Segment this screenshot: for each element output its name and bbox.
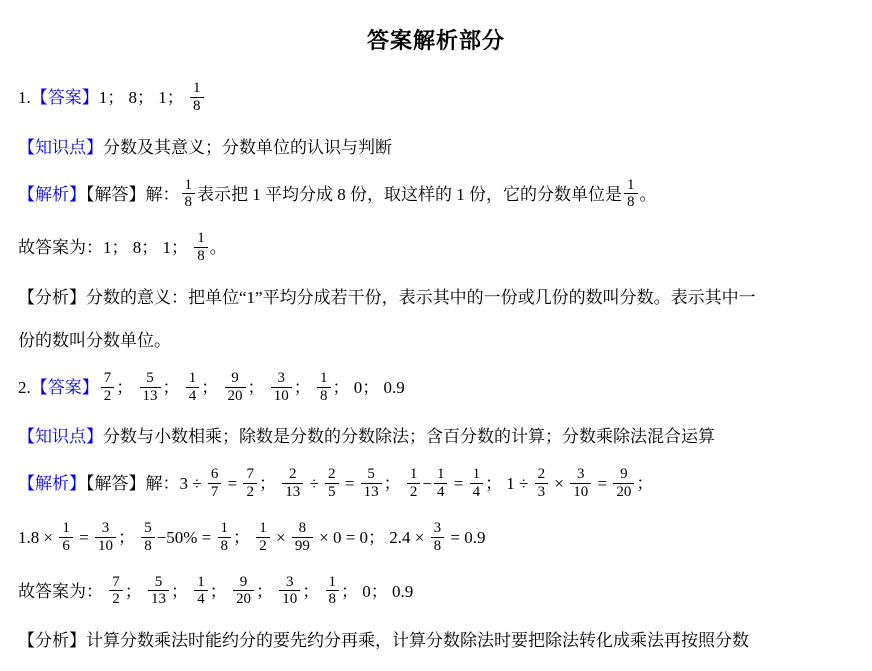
- bracket-tag: 【分析】: [18, 288, 86, 307]
- fraction-numerator: 8: [296, 520, 310, 537]
- fraction-denominator: 8: [326, 590, 340, 608]
- fraction-numerator: 1: [407, 466, 421, 483]
- fraction-denominator: 13: [282, 483, 303, 501]
- fraction-numerator: 1: [624, 177, 638, 194]
- text-segment: ；: [259, 475, 280, 494]
- so-answer-1-line: 故答案为：1； 8； 1； 18。: [18, 232, 854, 267]
- text-segment: 解：: [146, 185, 180, 204]
- fraction-denominator: 8: [190, 97, 204, 115]
- fraction-denominator: 4: [470, 483, 484, 501]
- fraction: 513: [148, 574, 169, 609]
- fraction: 25: [325, 466, 339, 501]
- text-segment: ； 1 ÷: [485, 475, 533, 494]
- bracket-tag: 【答案】: [31, 88, 99, 107]
- text-segment: 1.8 ×: [18, 528, 57, 547]
- text-segment: ；: [163, 378, 184, 397]
- fraction: 310: [570, 466, 591, 501]
- text-segment: 分数及其意义；分数单位的认识与判断: [103, 138, 392, 157]
- fraction-numerator: 1: [434, 466, 448, 483]
- fraction-denominator: 8: [141, 537, 155, 555]
- fraction: 67: [208, 466, 222, 501]
- fraction: 58: [141, 520, 155, 555]
- fraction-denominator: 20: [225, 387, 246, 405]
- text-segment: =: [449, 475, 467, 494]
- text-segment: ；: [636, 475, 653, 494]
- fraction: 12: [407, 466, 421, 501]
- text-segment: ；: [384, 475, 405, 494]
- fraction-denominator: 13: [361, 483, 382, 501]
- text-segment: 1； 8； 1；: [99, 88, 188, 107]
- text-segment: ；: [256, 582, 277, 601]
- fraction-numerator: 5: [143, 370, 157, 387]
- fraction: 18: [317, 370, 331, 405]
- text-segment: ；: [302, 582, 323, 601]
- fraction-numerator: 9: [617, 466, 631, 483]
- text-segment: = 0.9: [446, 528, 485, 547]
- fraction-numerator: 3: [275, 370, 289, 387]
- answer-2-line: 2.【答案】72； 513； 14； 920； 310； 18； 0； 0.9: [18, 372, 854, 407]
- text-segment: ×: [550, 475, 568, 494]
- fraction-denominator: 4: [186, 387, 200, 405]
- fraction: 920: [233, 574, 254, 609]
- text-segment: ； 0； 0.9: [341, 582, 413, 601]
- page-title: 答案解析部分: [18, 26, 854, 56]
- fraction-denominator: 13: [148, 590, 169, 608]
- fraction-denominator: 10: [271, 387, 292, 405]
- text-segment: ；: [171, 582, 192, 601]
- analysis-2-line: 【分析】计算分数乘法时能约分的要先约分再乘，计算分数除法时要把除法转化成乘法再按…: [18, 629, 854, 653]
- explanation-2-line-a: 【解析】【解答】解：3 ÷ 67 = 72； 213 ÷ 25 = 513； 1…: [18, 468, 854, 503]
- fraction-denominator: 6: [59, 537, 73, 555]
- analysis-1-line-b: 份的数叫分数单位。: [18, 329, 854, 353]
- fraction-numerator: 1: [256, 520, 270, 537]
- fraction-numerator: 1: [317, 370, 331, 387]
- text-segment: ；: [116, 378, 137, 397]
- text-segment: 分数与小数相乘；除数是分数的分数除法；含百分数的计算；分数乘除法混合运算: [103, 427, 715, 446]
- text-segment: × 0 = 0； 2.4 ×: [315, 528, 429, 547]
- fraction-numerator: 9: [237, 574, 251, 591]
- fraction-numerator: 1: [190, 80, 204, 97]
- bracket-tag: 【知识点】: [18, 427, 103, 446]
- text-segment: ；: [201, 378, 222, 397]
- text-segment: 1.: [18, 88, 31, 107]
- text-segment: ；: [233, 528, 254, 547]
- text-segment: ；: [294, 378, 315, 397]
- text-segment: −50% =: [157, 528, 216, 547]
- fraction-denominator: 8: [317, 387, 331, 405]
- text-segment: 表示把 1 平均分成 8 份，取这样的 1 份，它的分数单位是: [197, 185, 622, 204]
- fraction: 513: [361, 466, 382, 501]
- fraction-denominator: 20: [233, 590, 254, 608]
- fraction: 72: [109, 574, 123, 609]
- fraction-numerator: 1: [218, 520, 232, 537]
- fraction: 310: [279, 574, 300, 609]
- fraction-numerator: 1: [182, 177, 196, 194]
- fraction-numerator: 1: [470, 466, 484, 483]
- fraction: 18: [194, 230, 208, 265]
- text-segment: 分数的意义：把单位“1”平均分成若干份，表示其中的一份或几份的数叫分数。表示其中…: [86, 288, 756, 307]
- fraction-numerator: 7: [101, 370, 115, 387]
- fraction-denominator: 10: [279, 590, 300, 608]
- text-segment: 计算分数乘法时能约分的要先约分再乘，计算分数除法时要把除法转化成乘法再按照分数: [86, 631, 749, 650]
- document-content: 1.【答案】1； 8； 1； 18【知识点】分数及其意义；分数单位的认识与判断【…: [18, 82, 854, 653]
- fraction-numerator: 7: [109, 574, 123, 591]
- text-segment: ；: [118, 528, 139, 547]
- fraction-denominator: 2: [109, 590, 123, 608]
- fraction: 513: [140, 370, 161, 405]
- text-segment: ×: [272, 528, 290, 547]
- so-answer-2-line: 故答案为： 72； 513； 14； 920； 310； 18； 0； 0.9: [18, 576, 854, 611]
- text-segment: ；: [210, 582, 231, 601]
- fraction-numerator: 5: [364, 466, 378, 483]
- fraction-numerator: 1: [194, 574, 208, 591]
- fraction-denominator: 8: [194, 247, 208, 265]
- fraction-numerator: 1: [326, 574, 340, 591]
- fraction-numerator: 7: [243, 466, 257, 483]
- bracket-tag: 【答案】: [31, 378, 99, 397]
- bracket-tag: 【知识点】: [18, 138, 103, 157]
- text-segment: =: [75, 528, 93, 547]
- fraction-denominator: 7: [208, 483, 222, 501]
- fraction-numerator: 5: [141, 520, 155, 537]
- fraction-numerator: 9: [228, 370, 242, 387]
- fraction: 72: [101, 370, 115, 405]
- explanation-1-line: 【解析】【解答】解：18表示把 1 平均分成 8 份，取这样的 1 份，它的分数…: [18, 179, 854, 214]
- fraction: 12: [256, 520, 270, 555]
- text-segment: ÷: [305, 475, 323, 494]
- fraction-denominator: 2: [243, 483, 257, 501]
- fraction-numerator: 1: [194, 230, 208, 247]
- fraction-numerator: 3: [283, 574, 297, 591]
- fraction: 310: [271, 370, 292, 405]
- fraction-denominator: 99: [292, 537, 313, 555]
- fraction: 310: [95, 520, 116, 555]
- text-segment: ；: [125, 582, 146, 601]
- fraction: 899: [292, 520, 313, 555]
- text-segment: 2.: [18, 378, 31, 397]
- fraction-denominator: 10: [95, 537, 116, 555]
- fraction-denominator: 8: [624, 193, 638, 211]
- fraction: 23: [535, 466, 549, 501]
- fraction-denominator: 8: [182, 193, 196, 211]
- fraction-denominator: 4: [194, 590, 208, 608]
- fraction-numerator: 3: [99, 520, 113, 537]
- fraction: 18: [326, 574, 340, 609]
- fraction-denominator: 4: [434, 483, 448, 501]
- fraction: 14: [434, 466, 448, 501]
- bracket-tag: 【分析】: [18, 631, 86, 650]
- text-segment: ；: [248, 378, 269, 397]
- text-segment: ； 0； 0.9: [333, 378, 405, 397]
- fraction: 18: [218, 520, 232, 555]
- bracket-tag: 【解析】: [18, 185, 86, 204]
- fraction-numerator: 3: [431, 520, 445, 537]
- text-segment: =: [341, 475, 359, 494]
- fraction: 920: [225, 370, 246, 405]
- fraction-denominator: 3: [535, 483, 549, 501]
- fraction: 14: [186, 370, 200, 405]
- text-segment: 故答案为：1； 8； 1；: [18, 238, 192, 257]
- text-segment: =: [223, 475, 241, 494]
- fraction-denominator: 20: [613, 483, 634, 501]
- answer-1-line: 1.【答案】1； 8； 1； 18: [18, 82, 854, 117]
- text-segment: 故答案为：: [18, 582, 107, 601]
- fraction: 920: [613, 466, 634, 501]
- fraction-numerator: 2: [535, 466, 549, 483]
- fraction-denominator: 8: [431, 537, 445, 555]
- analysis-1-line-a: 【分析】分数的意义：把单位“1”平均分成若干份，表示其中的一份或几份的数叫分数。…: [18, 286, 854, 310]
- text-segment: 。: [210, 238, 227, 257]
- fraction-denominator: 2: [256, 537, 270, 555]
- fraction: 18: [190, 80, 204, 115]
- fraction-denominator: 2: [101, 387, 115, 405]
- fraction: 18: [624, 177, 638, 212]
- fraction-denominator: 13: [140, 387, 161, 405]
- fraction-numerator: 1: [186, 370, 200, 387]
- text-segment: =: [593, 475, 611, 494]
- fraction: 14: [194, 574, 208, 609]
- fraction-numerator: 2: [286, 466, 300, 483]
- fraction: 14: [470, 466, 484, 501]
- fraction-denominator: 8: [218, 537, 232, 555]
- fraction: 16: [59, 520, 73, 555]
- bracket-tag: 【解答】: [86, 475, 146, 494]
- knowledge-point-2-line: 【知识点】分数与小数相乘；除数是分数的分数除法；含百分数的计算；分数乘除法混合运…: [18, 425, 854, 449]
- fraction-numerator: 1: [59, 520, 73, 537]
- fraction: 18: [182, 177, 196, 212]
- document-page: 答案解析部分 1.【答案】1； 8； 1； 18【知识点】分数及其意义；分数单位…: [0, 0, 872, 653]
- text-segment: −: [422, 475, 432, 494]
- bracket-tag: 【解析】: [18, 475, 86, 494]
- knowledge-point-1-line: 【知识点】分数及其意义；分数单位的认识与判断: [18, 136, 854, 160]
- fraction: 72: [243, 466, 257, 501]
- fraction: 213: [282, 466, 303, 501]
- fraction-numerator: 3: [574, 466, 588, 483]
- bracket-tag: 【解答】: [86, 185, 146, 204]
- fraction-numerator: 2: [325, 466, 339, 483]
- fraction-denominator: 5: [325, 483, 339, 501]
- explanation-2-line-b: 1.8 × 16 = 310； 58−50% = 18； 12 × 899 × …: [18, 522, 854, 557]
- text-segment: 份的数叫分数单位。: [18, 331, 171, 350]
- fraction: 38: [431, 520, 445, 555]
- fraction-numerator: 5: [152, 574, 166, 591]
- text-segment: 解：3 ÷: [146, 475, 206, 494]
- fraction-numerator: 6: [208, 466, 222, 483]
- fraction-denominator: 10: [570, 483, 591, 501]
- text-segment: 。: [640, 185, 657, 204]
- fraction-denominator: 2: [407, 483, 421, 501]
